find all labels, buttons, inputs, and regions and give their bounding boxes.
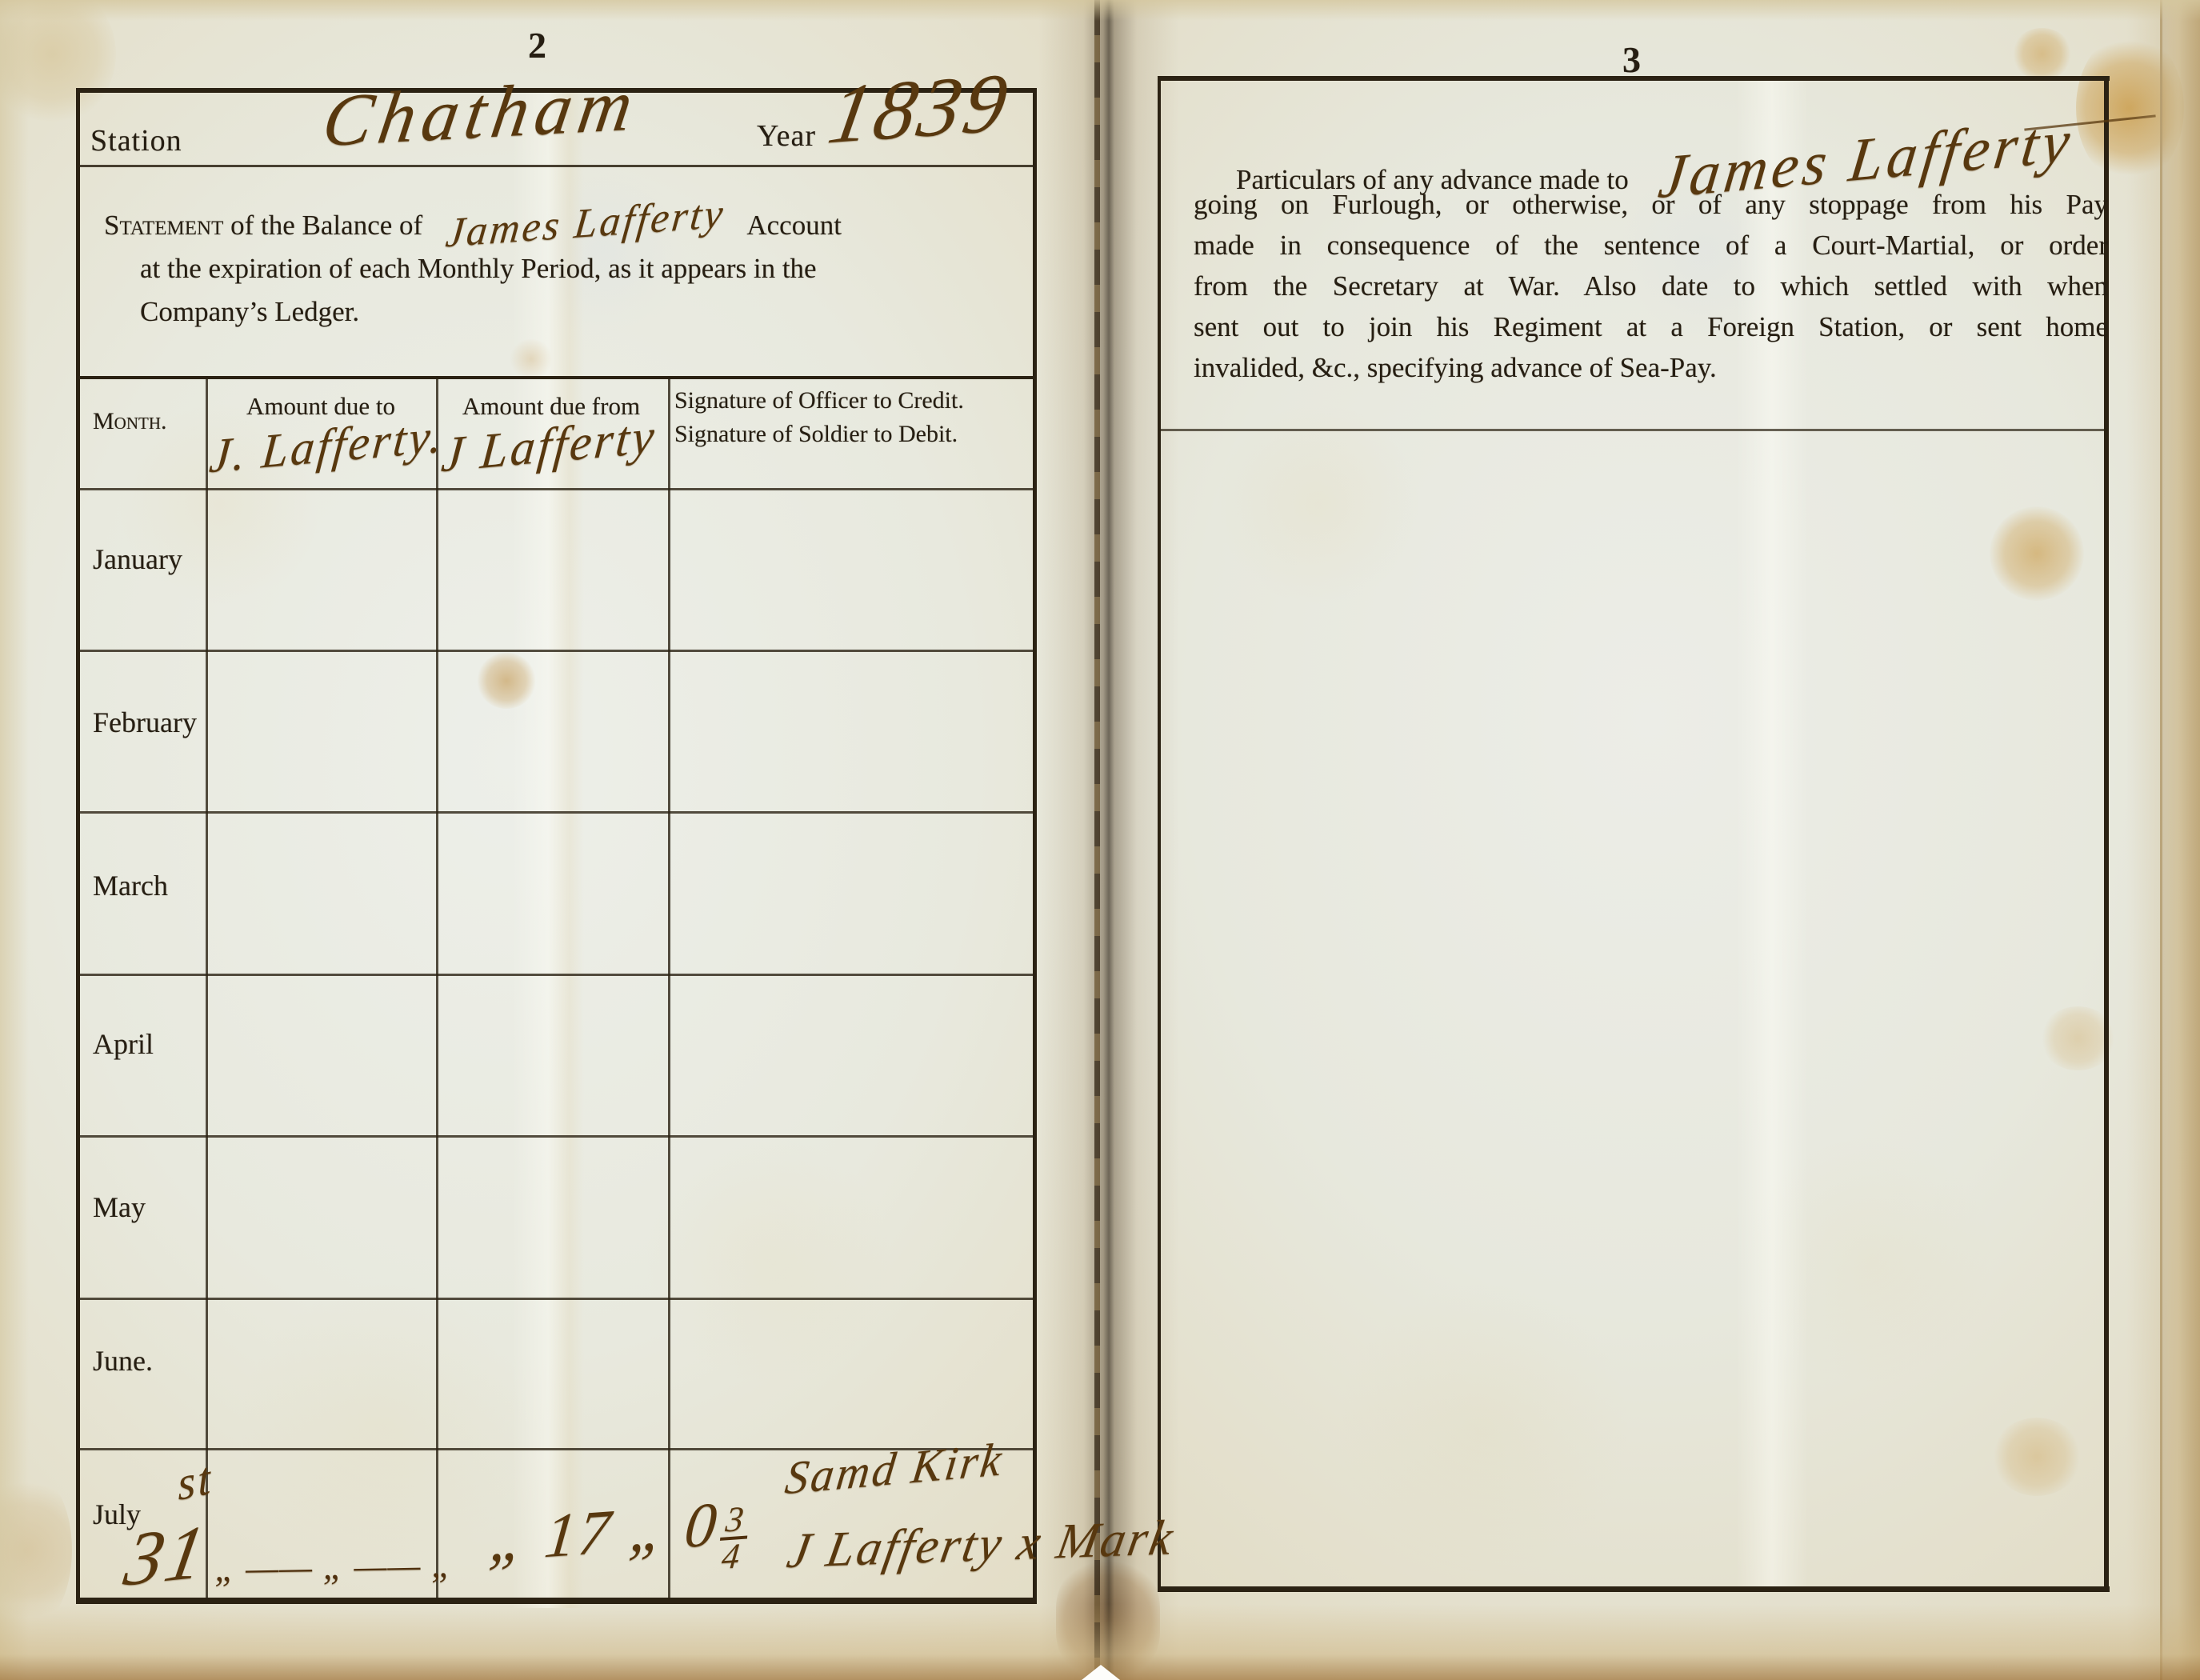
account-book-spread: 2 3 Station Chatham Year 1839 Statement …	[0, 0, 2200, 1680]
july-due-from-main: „ 17 „ 0	[486, 1489, 722, 1575]
month-label-march: March	[93, 869, 168, 902]
statement-line-1: Statement of the Balance of James Laffer…	[104, 200, 1008, 247]
page-number-left: 2	[528, 24, 546, 66]
statement-line1-rest: of the Balance of	[230, 210, 422, 241]
row-rule-may	[78, 1298, 1034, 1300]
column-header-month: Month.	[93, 408, 167, 435]
row-rule-march	[78, 974, 1034, 976]
month-label-june: June.	[93, 1344, 153, 1378]
table-top-rule	[78, 376, 1034, 379]
statement-line-3: Company’s Ledger.	[140, 290, 1008, 334]
year-value-handwritten: 1839	[822, 54, 1018, 162]
left-box-right-border	[1033, 88, 1037, 1604]
statement-line-2: at the expiration of each Monthly Period…	[140, 247, 1008, 290]
particulars-line: going on Furlough, or otherwise, or of a…	[1194, 184, 2108, 225]
month-label-may: May	[93, 1190, 146, 1224]
paragraph-bottom-rule	[1159, 429, 2108, 431]
left-box-left-border	[76, 88, 80, 1604]
particulars-line: invalided, &c., specifying advance of Se…	[1194, 347, 2108, 388]
fraction-denominator: 4	[720, 1536, 744, 1577]
account-holder-name-handwritten: James Lafferty	[443, 193, 726, 256]
fraction-numerator: 3	[724, 1498, 748, 1539]
month-label-january: January	[93, 542, 182, 576]
right-box-left-border	[1158, 76, 1161, 1592]
page-number-right: 3	[1622, 38, 1641, 81]
particulars-body: going on Furlough, or otherwise, or of a…	[1194, 184, 2108, 388]
column-divider-due-from	[668, 376, 670, 1600]
station-value-handwritten: Chatham	[318, 62, 646, 164]
column-divider-month	[206, 376, 208, 1600]
table-header-rule	[78, 488, 1034, 490]
july-due-to-entry: „ —— „ —— „	[214, 1543, 453, 1590]
particulars-line: made in consequence of the sentence of a…	[1194, 225, 2108, 266]
column-header-signature-line2: Signature of Soldier to Debit.	[674, 421, 958, 448]
column-divider-due-to	[436, 376, 438, 1600]
july-day-suffix-handwritten: st	[177, 1450, 214, 1511]
station-row-divider	[78, 165, 1034, 167]
left-box-bottom-border	[76, 1598, 1037, 1604]
right-box-bottom-border	[1158, 1586, 2110, 1592]
row-rule-february	[78, 811, 1034, 814]
particulars-line: from the Secretary at War. Also date to …	[1194, 266, 2108, 306]
row-rule-april	[78, 1135, 1034, 1138]
station-label: Station	[90, 123, 182, 158]
year-label: Year	[757, 118, 816, 154]
statement-lead-word: Statement	[104, 210, 223, 241]
row-rule-january	[78, 650, 1034, 652]
particulars-line: sent out to join his Regiment at a Forei…	[1194, 306, 2108, 347]
month-label-february: February	[93, 706, 197, 739]
statement-line1-tail: Account	[746, 210, 842, 241]
month-label-april: April	[93, 1027, 154, 1061]
column-header-signature-line1: Signature of Officer to Credit.	[674, 387, 964, 414]
statement-paragraph: Statement of the Balance of James Laffer…	[104, 200, 1008, 334]
